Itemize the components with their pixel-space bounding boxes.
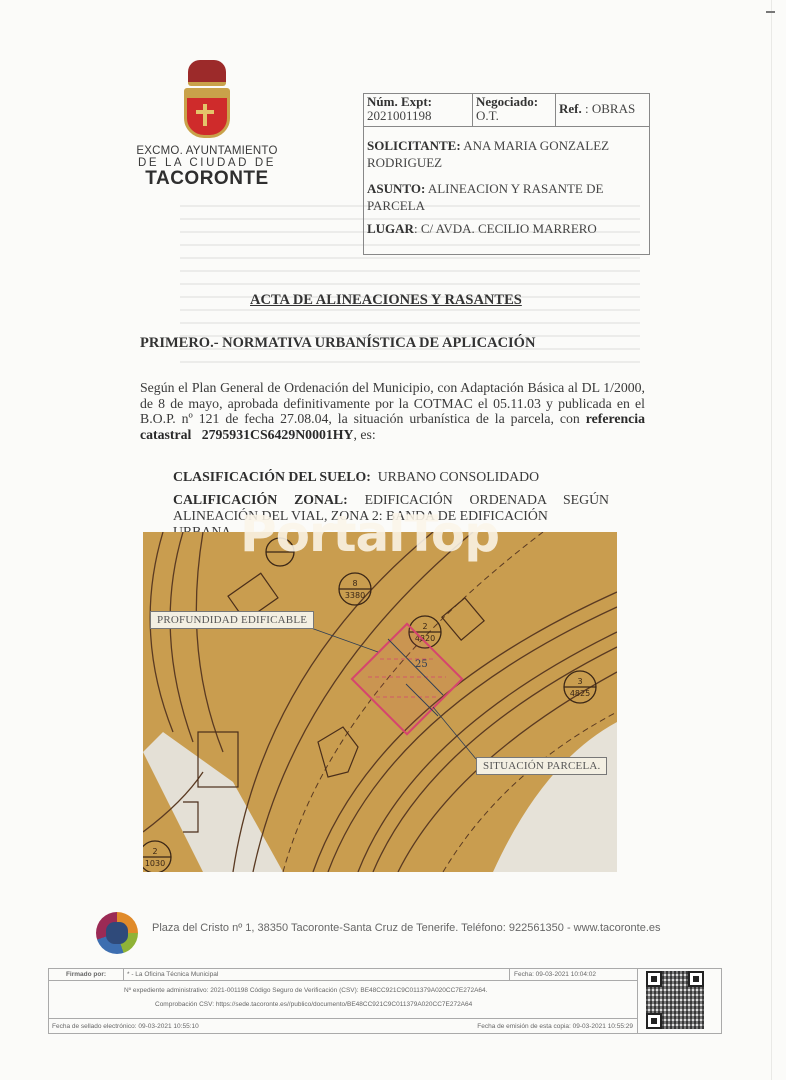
watermark: PortalTop bbox=[240, 505, 499, 563]
footer-address: Plaza del Cristo nº 1, 38350 Tacoronte-S… bbox=[152, 922, 661, 934]
tacoronte-emblem-icon bbox=[96, 912, 138, 954]
paragraph-end: , es: bbox=[353, 427, 375, 442]
firmado-label: Firmado por: bbox=[49, 969, 124, 980]
label-profundidad-edificable: PROFUNDIDAD EDIFICABLE bbox=[150, 611, 314, 629]
svg-text:4825: 4825 bbox=[570, 689, 590, 698]
sellado-date: Fecha de sellado electrónico: 09-03-2021… bbox=[52, 1019, 199, 1034]
lugar-field: LUGAR: C/ AVDA. CECILIO MARRERO bbox=[364, 220, 649, 237]
solicitante-label: SOLICITANTE: bbox=[367, 138, 461, 153]
asunto-field: ASUNTO: ALINEACION Y RASANTE DE PARCELA bbox=[364, 180, 649, 214]
svg-text:2: 2 bbox=[422, 622, 427, 631]
asunto-label: ASUNTO: bbox=[367, 181, 425, 196]
comprobacion-csv-link[interactable]: Comprobación CSV: https://sede.tacoronte… bbox=[155, 1001, 472, 1008]
expediente-csv-line: Nº expediente administrativo: 2021-00119… bbox=[124, 987, 487, 994]
section-heading: PRIMERO.- NORMATIVA URBANÍSTICA DE APLIC… bbox=[140, 335, 535, 352]
svg-text:2: 2 bbox=[152, 847, 157, 856]
ref-value: : OBRAS bbox=[585, 101, 635, 116]
regulation-paragraph: Según el Plan General de Ordenación del … bbox=[140, 380, 645, 442]
solicitante-field: SOLICITANTE: ANA MARIA GONZALEZ RODRIGUE… bbox=[364, 137, 649, 171]
crown-icon bbox=[188, 60, 226, 86]
svg-text:8: 8 bbox=[352, 579, 357, 588]
clasificacion-value: URBANO CONSOLIDADO bbox=[378, 469, 539, 484]
expt-value: 2021001198 bbox=[367, 108, 432, 123]
ref-label: Ref. bbox=[559, 101, 582, 116]
label-situacion-parcela: SITUACIÓN PARCELA. bbox=[476, 757, 607, 775]
clasificacion-row: CLASIFICACIÓN DEL SUELO: URBANO CONSOLID… bbox=[173, 469, 609, 485]
page-edge bbox=[771, 0, 772, 1080]
corner-mark bbox=[766, 11, 775, 13]
document-title: ACTA DE ALINEACIONES Y RASANTES bbox=[250, 292, 522, 309]
emision-date: Fecha de emisión de esta copia: 09-03-20… bbox=[477, 1019, 633, 1034]
ref-catastral-value: 2795931CS6429N0001HY bbox=[202, 427, 354, 442]
electronic-signature-box: Firmado por: * - La Oficina Técnica Muni… bbox=[48, 968, 722, 1034]
case-header-box: Núm. Expt: 2021001198 Negociado: O.T. Re… bbox=[363, 93, 650, 255]
municipality-logo: EXCMO. AYUNTAMIENTO DE LA CIUDAD DE TACO… bbox=[132, 60, 282, 189]
logo-text-line3: TACORONTE bbox=[132, 169, 282, 189]
firmado-value: * - La Oficina Técnica Municipal bbox=[127, 969, 218, 980]
expt-label: Núm. Expt: bbox=[367, 94, 432, 109]
paragraph-text: Según el Plan General de Ordenación del … bbox=[140, 380, 645, 426]
lugar-value: : C/ AVDA. CECILIO MARRERO bbox=[414, 221, 597, 236]
negociado-value: O.T. bbox=[476, 108, 499, 123]
negociado-cell: Negociado: O.T. bbox=[473, 94, 556, 126]
expt-cell: Núm. Expt: 2021001198 bbox=[364, 94, 473, 126]
svg-text:3: 3 bbox=[577, 677, 582, 686]
logo-text-line1: EXCMO. AYUNTAMIENTO bbox=[132, 145, 282, 157]
map-drawing: 8 3380 2 4820 3 4825 2 1030 25 bbox=[143, 532, 617, 872]
coat-of-arms-icon bbox=[184, 88, 230, 138]
parcel-map: 8 3380 2 4820 3 4825 2 1030 25 bbox=[143, 532, 617, 872]
negociado-label: Negociado: bbox=[476, 94, 538, 109]
svg-text:25: 25 bbox=[415, 659, 428, 670]
svg-text:1030: 1030 bbox=[145, 859, 165, 868]
qr-code-icon[interactable] bbox=[646, 971, 704, 1029]
clasificacion-label: CLASIFICACIÓN DEL SUELO: bbox=[173, 469, 371, 484]
svg-text:3380: 3380 bbox=[345, 591, 365, 600]
signature-date: Fecha: 09-03-2021 10:04:02 bbox=[509, 969, 637, 980]
ref-cell: Ref. : OBRAS bbox=[556, 94, 649, 126]
qr-cell bbox=[637, 969, 722, 1033]
lugar-label: LUGAR bbox=[367, 221, 414, 236]
